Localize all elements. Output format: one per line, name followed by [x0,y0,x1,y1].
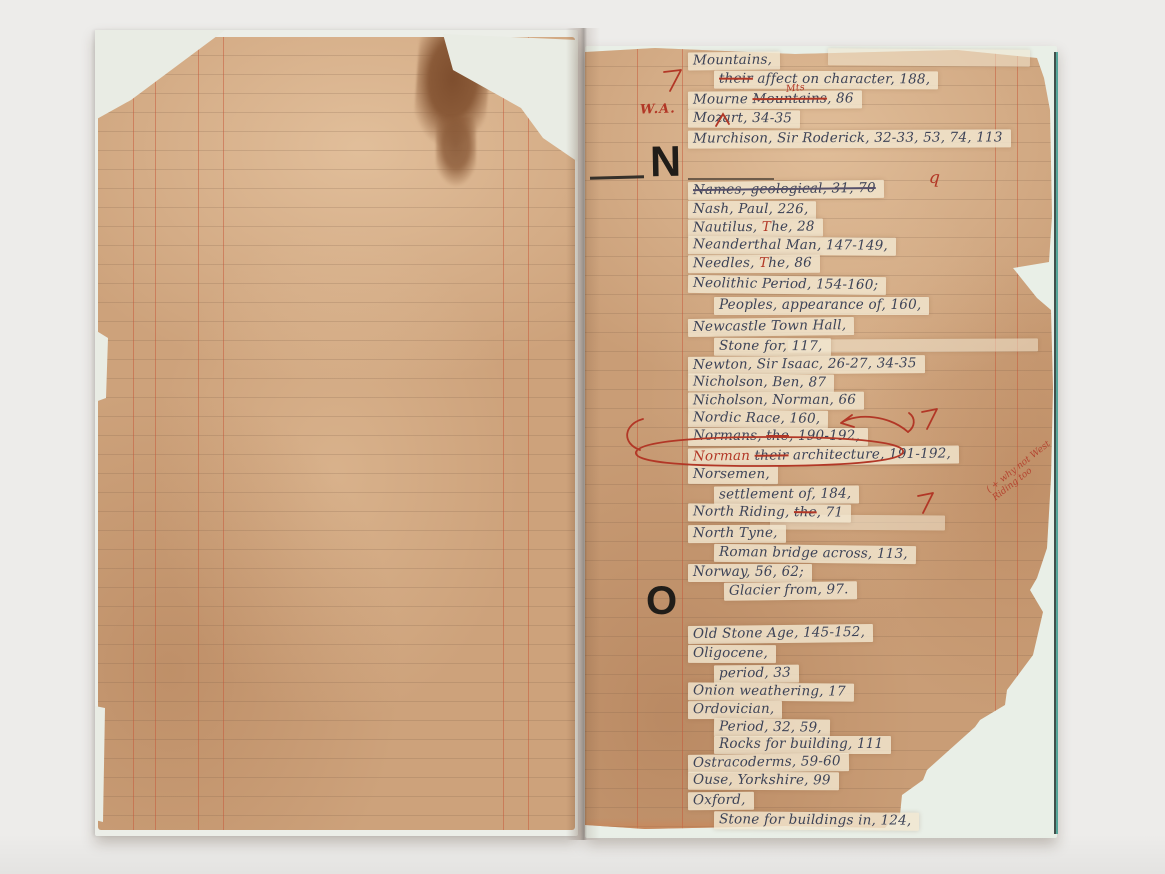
right-brown-ledger-paper [585,48,1057,834]
photo-of-open-notebook: N O W.A. q ( + why not West Riding too M… [0,0,1165,874]
red-rule-line [682,48,683,834]
red-rule-line [198,37,199,830]
book-gutter [566,28,600,840]
red-rule-line [637,48,638,834]
red-rule-line [1017,48,1018,834]
red-rule-line [528,37,529,830]
right-page [585,46,1057,838]
left-brown-ledger-paper [98,37,575,830]
red-rule-line [155,37,156,830]
ink-stain [436,117,476,187]
left-page [95,30,578,836]
torn-fringe [585,818,897,834]
red-rule-line [133,37,134,830]
red-rule-line [503,37,504,830]
red-rule-line [223,37,224,830]
red-rule-line [995,48,996,834]
book-cover-edge [1054,52,1058,834]
